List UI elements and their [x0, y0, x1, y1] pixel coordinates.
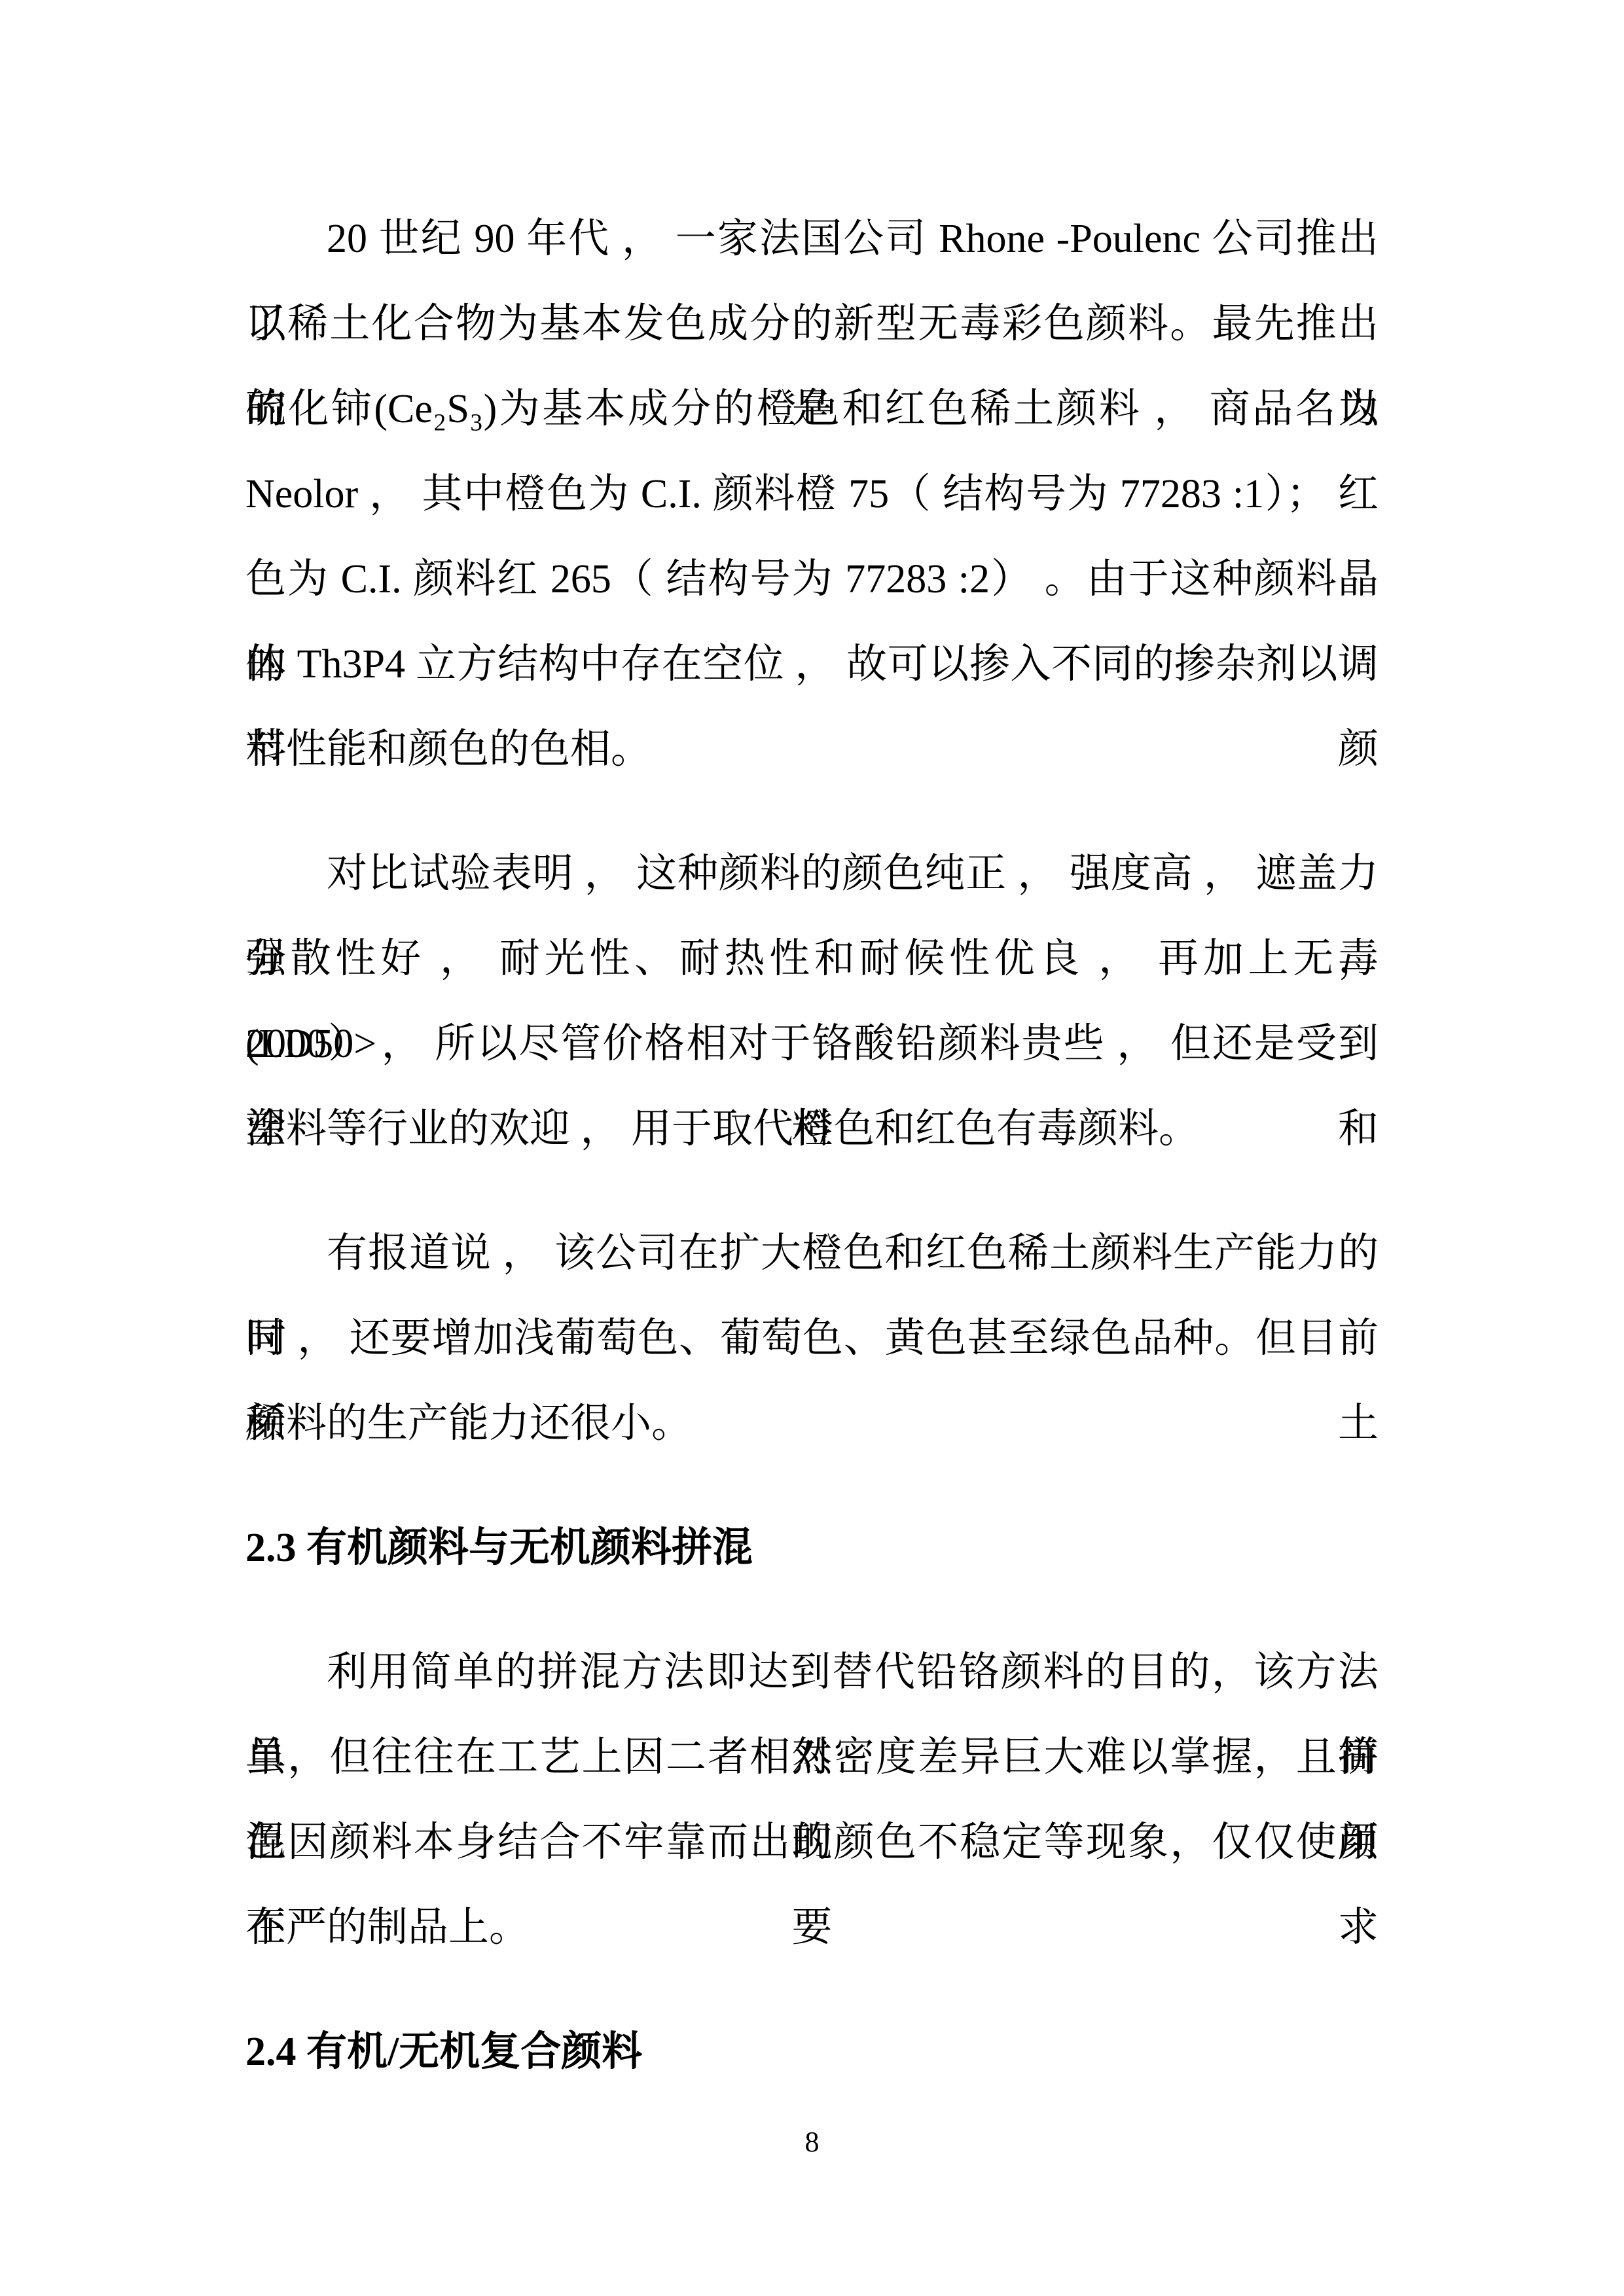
text-line: 单，但往往在工艺上因二者相对密度差异巨大难以掌握，且拼混的颜	[245, 1715, 1379, 1800]
text-line: 有报道说 ， 该公司在扩大橙色和红色稀土颜料生产能力的同	[245, 1211, 1379, 1296]
text-line: 的 Th3P4 立方结构中存在空位 ， 故可以掺入不同的掺杂剂以调节颜	[245, 622, 1379, 707]
text-line: 色因颜料本身结合不牢靠而出现颜色不稳定等现象，仅仅使用在要求	[245, 1800, 1379, 1885]
section-heading: 2.3 有机颜料与无机颜料拼混	[245, 1505, 1379, 1590]
paragraph: 利用简单的拼混方法即达到替代铅铬颜料的目的，该方法虽然简单，但往往在工艺上因二者…	[245, 1630, 1379, 1970]
text-line: 分散性好 ， 耐光性、耐热性和耐候性优良 ， 再加上无毒 (LD50>	[245, 916, 1379, 1001]
document-page: 20 世纪 90 年代 ， 一家法国公司 Rhone -Poulenc 公司推出…	[0, 0, 1624, 2296]
section-heading: 2.4 有机/无机复合颜料	[245, 2009, 1379, 2094]
text-line: 2000） ， 所以尽管价格相对于铬酸铅颜料贵些 ， 但还是受到涂料和	[245, 1001, 1379, 1086]
text-line: 20 世纪 90 年代 ， 一家法国公司 Rhone -Poulenc 公司推出…	[245, 196, 1379, 281]
text-line: 硫化铈(Ce₂S₃)为基本成分的橙色和红色稀土颜料 ， 商品名为	[245, 367, 1379, 452]
text-line: 利用简单的拼混方法即达到替代铅铬颜料的目的，该方法虽然简	[245, 1630, 1379, 1715]
paragraph: 20 世纪 90 年代 ， 一家法国公司 Rhone -Poulenc 公司推出…	[245, 196, 1379, 792]
paragraph: 对比试验表明 ， 这种颜料的颜色纯正 ， 强度高 ， 遮盖力强 ，分散性好 ， …	[245, 831, 1379, 1172]
text-line: 时 ， 还要增加浅葡萄色、葡萄色、黄色甚至绿色品种。但目前稀土	[245, 1296, 1379, 1381]
document-body: 20 世纪 90 年代 ， 一家法国公司 Rhone -Poulenc 公司推出…	[245, 196, 1379, 2134]
page-number: 8	[0, 2126, 1624, 2159]
text-line: 色为 C.I. 颜料红 265（ 结构号为 77283 :2） 。由于这种颜料晶…	[245, 537, 1379, 622]
paragraph: 有报道说 ， 该公司在扩大橙色和红色稀土颜料生产能力的同时 ， 还要增加浅葡萄色…	[245, 1211, 1379, 1466]
text-line: 以稀土化合物为基本发色成分的新型无毒彩色颜料。最先推出的是以	[245, 281, 1379, 367]
text-line: 对比试验表明 ， 这种颜料的颜色纯正 ， 强度高 ， 遮盖力强 ，	[245, 831, 1379, 916]
text-line: Neolor ， 其中橙色为 C.I. 颜料橙 75（ 结构号为 77283 :…	[245, 452, 1379, 537]
